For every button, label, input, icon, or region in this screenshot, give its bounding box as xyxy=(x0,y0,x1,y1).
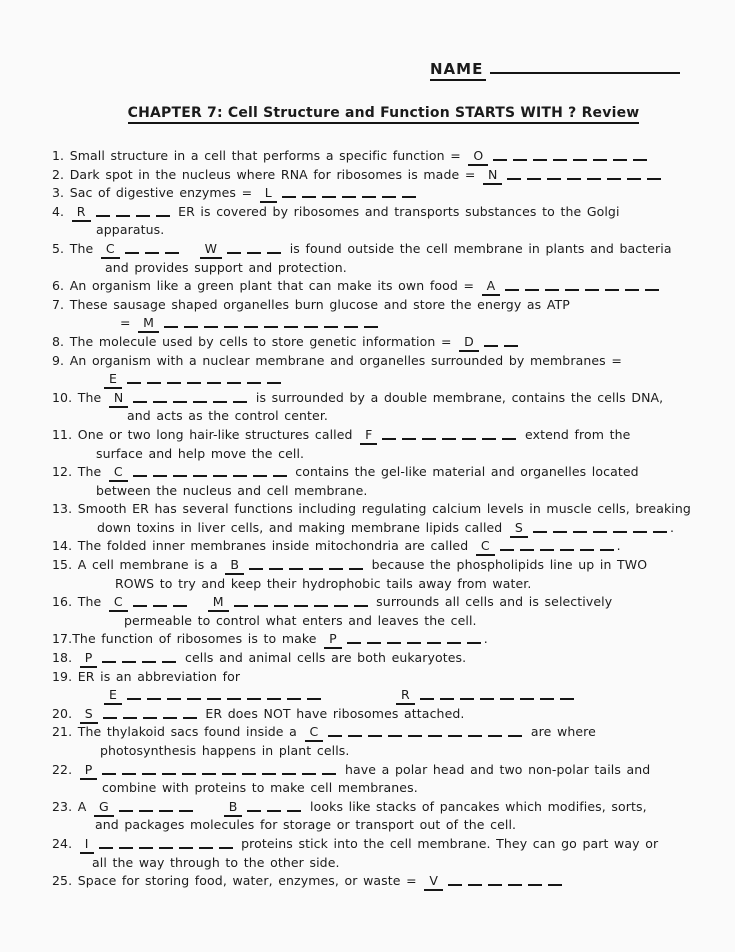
blank-segment xyxy=(253,463,267,477)
letter-blank: I xyxy=(80,836,94,854)
blank-segment xyxy=(213,463,227,477)
question: 13. Smooth ER has several functions incl… xyxy=(52,500,715,537)
blank-segment xyxy=(468,872,482,886)
blank-segment xyxy=(402,426,416,440)
blank-segment xyxy=(234,593,248,607)
question: 21. The thylakoid sacs found inside a C … xyxy=(52,723,715,760)
blank-segment xyxy=(605,277,619,291)
blank-segment xyxy=(159,798,173,812)
letter-blank: N xyxy=(483,167,502,185)
question-number: 4. xyxy=(52,204,70,219)
blank-segment xyxy=(139,798,153,812)
blank-segment xyxy=(222,761,236,775)
question-text: photosynthesis happens in plant cells. xyxy=(100,743,349,758)
blank-segment xyxy=(119,835,133,849)
blank-segment xyxy=(116,203,130,217)
question-number: 6. xyxy=(52,278,70,293)
question-line: all the way through to the other side. xyxy=(52,854,715,873)
blank-segment xyxy=(182,761,196,775)
question: 8. The molecule used by cells to store g… xyxy=(52,333,715,352)
blank-segment xyxy=(513,147,527,161)
question: 22. P have a polar head and two non-pola… xyxy=(52,761,715,798)
question-line: = M xyxy=(52,314,715,333)
blank-segment xyxy=(179,798,193,812)
question-text: between the nucleus and cell membrane. xyxy=(96,483,367,498)
blank-segment xyxy=(187,686,201,700)
question-number: 18. xyxy=(52,650,78,665)
blank-segment xyxy=(142,649,156,663)
question-number: 1. xyxy=(52,148,70,163)
blank-segment xyxy=(368,723,382,737)
letter-blank: W xyxy=(200,241,222,259)
blank-segment xyxy=(264,314,278,328)
question-text: permeable to control what enters and lea… xyxy=(124,613,477,628)
question-line: 9. An organism with a nuclear membrane a… xyxy=(52,352,715,371)
letter-blank: S xyxy=(80,706,98,724)
letter-blank: E xyxy=(104,371,122,389)
blank-segment xyxy=(545,277,559,291)
question: 9. An organism with a nuclear membrane a… xyxy=(52,352,715,389)
blank-segment xyxy=(162,649,176,663)
letter-blank: G xyxy=(94,799,114,817)
blank-segment xyxy=(309,556,323,570)
blank-segment xyxy=(525,277,539,291)
blank-segment xyxy=(162,761,176,775)
blank-segment xyxy=(249,556,263,570)
blank-segment xyxy=(593,519,607,533)
blank-segment xyxy=(480,686,494,700)
blank-segment xyxy=(193,463,207,477)
blank-segment xyxy=(440,686,454,700)
blank-segment xyxy=(227,686,241,700)
question-line: 6. An organism like a green plant that c… xyxy=(52,277,715,296)
blank-segment xyxy=(314,593,328,607)
blank-segment xyxy=(387,630,401,644)
question-text: and provides support and protection. xyxy=(105,260,347,275)
blank-segment xyxy=(262,761,276,775)
blank-segment xyxy=(402,184,416,198)
question-text: A xyxy=(78,799,92,814)
letter-blank: C xyxy=(109,594,128,612)
blank-segment xyxy=(580,537,594,551)
blank-segment xyxy=(647,166,661,180)
question-number: 5. xyxy=(52,241,70,256)
question: 4. R ER is covered by ribosomes and tran… xyxy=(52,203,715,240)
blank-segment xyxy=(274,593,288,607)
blank-segment xyxy=(573,147,587,161)
question: 25. Space for storing food, water, enzym… xyxy=(52,872,715,891)
blank-segment xyxy=(447,630,461,644)
questions: 1. Small structure in a cell that perfor… xyxy=(52,147,715,891)
question-number: 23. xyxy=(52,799,78,814)
blank-segment xyxy=(508,872,522,886)
blank-segment xyxy=(153,593,167,607)
blank-segment xyxy=(247,240,261,254)
blank-segment xyxy=(153,389,167,403)
blank-segment xyxy=(348,723,362,737)
letter-blank: R xyxy=(72,204,91,222)
blank-segment xyxy=(254,593,268,607)
question-text: . xyxy=(670,520,674,535)
blank-segment xyxy=(187,370,201,384)
question-text: Space for storing food, water, enzymes, … xyxy=(78,873,423,888)
question-text: is surrounded by a double membrane, cont… xyxy=(250,390,663,405)
question-text: The molecule used by cells to store gene… xyxy=(70,334,457,349)
question-number: 12. xyxy=(52,464,78,479)
blank-segment xyxy=(322,761,336,775)
blank-segment xyxy=(167,686,181,700)
question-line: 15. A cell membrane is a B because the p… xyxy=(52,556,715,575)
blank-segment xyxy=(145,240,159,254)
blank-segment xyxy=(133,389,147,403)
question-text: looks like stacks of pancakes which modi… xyxy=(304,799,646,814)
letter-blank: P xyxy=(80,762,98,780)
blank-segment xyxy=(593,147,607,161)
blank-segment xyxy=(488,872,502,886)
blank-segment xyxy=(123,705,137,719)
question-text: The thylakoid sacs found inside a xyxy=(78,724,303,739)
question-number: 8. xyxy=(52,334,70,349)
blank-segment xyxy=(354,593,368,607)
blank-segment xyxy=(267,798,281,812)
blank-segment xyxy=(179,835,193,849)
question-line: ER xyxy=(52,686,715,705)
blank-segment xyxy=(302,184,316,198)
question: 1. Small structure in a cell that perfor… xyxy=(52,147,715,166)
blank-segment xyxy=(328,723,342,737)
question: 20. S ER does NOT have ribosomes attache… xyxy=(52,705,715,724)
blank-gap xyxy=(324,698,394,699)
blank-segment xyxy=(362,184,376,198)
blank-segment xyxy=(382,184,396,198)
question-text: apparatus. xyxy=(96,222,164,237)
blank-segment xyxy=(233,389,247,403)
question: 3. Sac of digestive enzymes = L xyxy=(52,184,715,203)
question-number: 14. xyxy=(52,538,78,553)
question: 10. The N is surrounded by a double memb… xyxy=(52,389,715,426)
letter-blank: B xyxy=(225,557,244,575)
question-number: 19. xyxy=(52,669,78,684)
question-text: surrounds all cells and is selectively xyxy=(371,594,613,609)
letter-blank: P xyxy=(80,650,98,668)
question-text: down toxins in liver cells, and making m… xyxy=(97,520,508,535)
question-line: 8. The molecule used by cells to store g… xyxy=(52,333,715,352)
question-text: ER is covered by ribosomes and transport… xyxy=(173,204,620,219)
blank-segment xyxy=(364,314,378,328)
question-line: 1. Small structure in a cell that perfor… xyxy=(52,147,715,166)
question-line: 25. Space for storing food, water, enzym… xyxy=(52,872,715,891)
blank-segment xyxy=(448,872,462,886)
question-text: The xyxy=(70,241,99,256)
question-number: 24. xyxy=(52,836,78,851)
blank-gap xyxy=(196,810,222,811)
blank-segment xyxy=(382,426,396,440)
blank-segment xyxy=(540,686,554,700)
blank-segment xyxy=(553,147,567,161)
title-row: CHAPTER 7: Cell Structure and Function S… xyxy=(52,102,715,121)
blank-segment xyxy=(133,593,147,607)
blank-segment xyxy=(165,240,179,254)
blank-segment xyxy=(504,333,518,347)
letter-blank: C xyxy=(101,241,120,259)
blank-segment xyxy=(282,184,296,198)
blank-segment xyxy=(505,277,519,291)
page-title: CHAPTER 7: Cell Structure and Function S… xyxy=(128,105,640,124)
blank-segment xyxy=(600,537,614,551)
blank-segment xyxy=(102,649,116,663)
question: 6. An organism like a green plant that c… xyxy=(52,277,715,296)
name-label: NAME xyxy=(430,60,486,81)
blank-segment xyxy=(493,147,507,161)
blank-segment xyxy=(633,147,647,161)
blank-segment xyxy=(282,761,296,775)
question-line: between the nucleus and cell membrane. xyxy=(52,482,715,501)
blank-segment xyxy=(420,686,434,700)
blank-segment xyxy=(548,872,562,886)
blank-segment xyxy=(645,277,659,291)
blank-segment xyxy=(127,686,141,700)
blank-segment xyxy=(533,147,547,161)
blank-segment xyxy=(173,593,187,607)
question-line: surface and help move the cell. xyxy=(52,445,715,464)
letter-blank: P xyxy=(324,631,342,649)
letter-blank: M xyxy=(208,594,229,612)
blank-segment xyxy=(213,389,227,403)
blank-segment xyxy=(347,630,361,644)
blank-segment xyxy=(102,761,116,775)
question: 7. These sausage shaped organelles burn … xyxy=(52,296,715,333)
blank-segment xyxy=(500,686,514,700)
question: 24. I proteins stick into the cell membr… xyxy=(52,835,715,872)
blank-segment xyxy=(269,556,283,570)
question-line: apparatus. xyxy=(52,221,715,240)
question-text: and packages molecules for storage or tr… xyxy=(95,817,516,832)
question-text: because the phospholipids line up in TWO xyxy=(366,557,647,572)
question: 19. ER is an abbreviation forER xyxy=(52,668,715,705)
letter-blank: L xyxy=(260,185,277,203)
blank-segment xyxy=(484,333,498,347)
question-line: 23. A GB looks like stacks of pancakes w… xyxy=(52,798,715,817)
question-number: 7. xyxy=(52,297,70,312)
question-number: 11. xyxy=(52,427,78,442)
blank-segment xyxy=(607,166,621,180)
blank-segment xyxy=(613,519,627,533)
blank-segment xyxy=(407,630,421,644)
question-line: and acts as the control center. xyxy=(52,407,715,426)
blank-segment xyxy=(289,556,303,570)
blank-segment xyxy=(119,798,133,812)
blank-segment xyxy=(125,240,139,254)
blank-segment xyxy=(159,835,173,849)
question-text: have a polar head and two non-polar tail… xyxy=(339,762,650,777)
question-text: is found outside the cell membrane in pl… xyxy=(284,241,672,256)
question: 18. P cells and animal cells are both eu… xyxy=(52,649,715,668)
blank-segment xyxy=(219,835,233,849)
blank-segment xyxy=(422,426,436,440)
blank-segment xyxy=(344,314,358,328)
blank-segment xyxy=(163,705,177,719)
question-text: . xyxy=(617,538,621,553)
question-text: Small structure in a cell that performs … xyxy=(70,148,467,163)
blank-segment xyxy=(547,166,561,180)
question-number: 16. xyxy=(52,594,78,609)
question-number: 21. xyxy=(52,724,78,739)
question-text: The xyxy=(78,390,107,405)
letter-blank: S xyxy=(510,520,528,538)
question-text: combine with proteins to make cell membr… xyxy=(102,780,418,795)
blank-segment xyxy=(199,835,213,849)
question-line: permeable to control what enters and lea… xyxy=(52,612,715,631)
blank-segment xyxy=(560,537,574,551)
blank-segment xyxy=(173,463,187,477)
question-line: 16. The CM surrounds all cells and is se… xyxy=(52,593,715,612)
letter-blank: R xyxy=(396,687,415,705)
blank-segment xyxy=(500,537,514,551)
question-line: 21. The thylakoid sacs found inside a C … xyxy=(52,723,715,742)
letter-blank: B xyxy=(224,799,243,817)
question-text: Dark spot in the nucleus where RNA for r… xyxy=(70,167,481,182)
question-line: 18. P cells and animal cells are both eu… xyxy=(52,649,715,668)
question-line: 22. P have a polar head and two non-pola… xyxy=(52,761,715,780)
question-text: One or two long hair-like structures cal… xyxy=(78,427,358,442)
blank-segment xyxy=(448,723,462,737)
blank-segment xyxy=(204,314,218,328)
question-text: surface and help move the cell. xyxy=(96,446,304,461)
question-line: and packages molecules for storage or tr… xyxy=(52,816,715,835)
question: 5. The CW is found outside the cell memb… xyxy=(52,240,715,277)
question: 14. The folded inner membranes inside mi… xyxy=(52,537,715,556)
letter-blank: C xyxy=(109,464,128,482)
blank-gap xyxy=(182,252,198,253)
blank-segment xyxy=(442,426,456,440)
blank-segment xyxy=(468,723,482,737)
blank-segment xyxy=(488,723,502,737)
blank-segment xyxy=(342,184,356,198)
blank-segment xyxy=(267,240,281,254)
question-line: 5. The CW is found outside the cell memb… xyxy=(52,240,715,259)
question-number: 10. xyxy=(52,390,78,405)
letter-blank: C xyxy=(476,538,495,556)
question-line: 14. The folded inner membranes inside mi… xyxy=(52,537,715,556)
question-number: 20. xyxy=(52,706,78,721)
blank-segment xyxy=(482,426,496,440)
question-number: 9. xyxy=(52,353,70,368)
blank-segment xyxy=(156,203,170,217)
question-line: 7. These sausage shaped organelles burn … xyxy=(52,296,715,315)
question-text: The xyxy=(78,464,107,479)
blank-segment xyxy=(527,166,541,180)
blank-segment xyxy=(136,203,150,217)
question-number: 13. xyxy=(52,501,78,516)
blank-segment xyxy=(244,314,258,328)
blank-segment xyxy=(329,556,343,570)
question: 11. One or two long hair-like structures… xyxy=(52,426,715,463)
blank-segment xyxy=(207,370,221,384)
blank-segment xyxy=(294,593,308,607)
blank-segment xyxy=(462,426,476,440)
blank-segment xyxy=(528,872,542,886)
blank-segment xyxy=(587,166,601,180)
blank-segment xyxy=(287,686,301,700)
letter-blank: M xyxy=(138,315,159,333)
blank-segment xyxy=(388,723,402,737)
blank-segment xyxy=(143,705,157,719)
name-blank-line xyxy=(490,58,680,74)
question-line: 13. Smooth ER has several functions incl… xyxy=(52,500,715,519)
blank-segment xyxy=(147,370,161,384)
blank-segment xyxy=(408,723,422,737)
blank-segment xyxy=(627,166,641,180)
blank-segment xyxy=(147,686,161,700)
question-line: 4. R ER is covered by ribosomes and tran… xyxy=(52,203,715,222)
question-line: 20. S ER does NOT have ribosomes attache… xyxy=(52,705,715,724)
blank-segment xyxy=(307,686,321,700)
question-text: ROWS to try and keep their hydrophobic t… xyxy=(115,576,531,591)
blank-segment xyxy=(227,240,241,254)
blank-segment xyxy=(103,705,117,719)
blank-segment xyxy=(99,835,113,849)
letter-blank: A xyxy=(482,278,501,296)
question-line: photosynthesis happens in plant cells. xyxy=(52,742,715,761)
letter-blank: D xyxy=(459,334,479,352)
letter-blank: O xyxy=(468,148,488,166)
question-text: . xyxy=(484,631,488,646)
question-text: An organism like a green plant that can … xyxy=(70,278,480,293)
blank-segment xyxy=(553,519,567,533)
question-text: = xyxy=(120,315,136,330)
question-text: The xyxy=(78,594,107,609)
blank-segment xyxy=(247,686,261,700)
question-line: combine with proteins to make cell membr… xyxy=(52,779,715,798)
question-line: 12. The C contains the gel-like material… xyxy=(52,463,715,482)
blank-segment xyxy=(287,798,301,812)
question-line: 17.The function of ribosomes is to make … xyxy=(52,630,715,649)
letter-blank: E xyxy=(104,687,122,705)
blank-segment xyxy=(585,277,599,291)
question-number: 15. xyxy=(52,557,78,572)
blank-segment xyxy=(322,184,336,198)
blank-segment xyxy=(267,686,281,700)
blank-segment xyxy=(520,686,534,700)
blank-segment xyxy=(508,723,522,737)
question-line: 2. Dark spot in the nucleus where RNA fo… xyxy=(52,166,715,185)
blank-segment xyxy=(573,519,587,533)
question-line: 3. Sac of digestive enzymes = L xyxy=(52,184,715,203)
blank-segment xyxy=(427,630,441,644)
question-line: 11. One or two long hair-like structures… xyxy=(52,426,715,445)
blank-segment xyxy=(653,519,667,533)
blank-segment xyxy=(304,314,318,328)
blank-segment xyxy=(520,537,534,551)
blank-segment xyxy=(247,798,261,812)
blank-segment xyxy=(224,314,238,328)
question-number: 22. xyxy=(52,762,78,777)
blank-gap xyxy=(190,605,206,606)
blank-segment xyxy=(242,761,256,775)
question-line: 24. I proteins stick into the cell membr… xyxy=(52,835,715,854)
blank-segment xyxy=(367,630,381,644)
question-line: 10. The N is surrounded by a double memb… xyxy=(52,389,715,408)
question-text: and acts as the control center. xyxy=(127,408,328,423)
letter-blank: V xyxy=(424,873,443,891)
letter-blank: N xyxy=(109,390,128,408)
question: 2. Dark spot in the nucleus where RNA fo… xyxy=(52,166,715,185)
name-row: NAME xyxy=(430,58,715,78)
question: 15. A cell membrane is a B because the p… xyxy=(52,556,715,593)
question: 16. The CM surrounds all cells and is se… xyxy=(52,593,715,630)
question-text: cells and animal cells are both eukaryot… xyxy=(179,650,466,665)
blank-segment xyxy=(167,370,181,384)
